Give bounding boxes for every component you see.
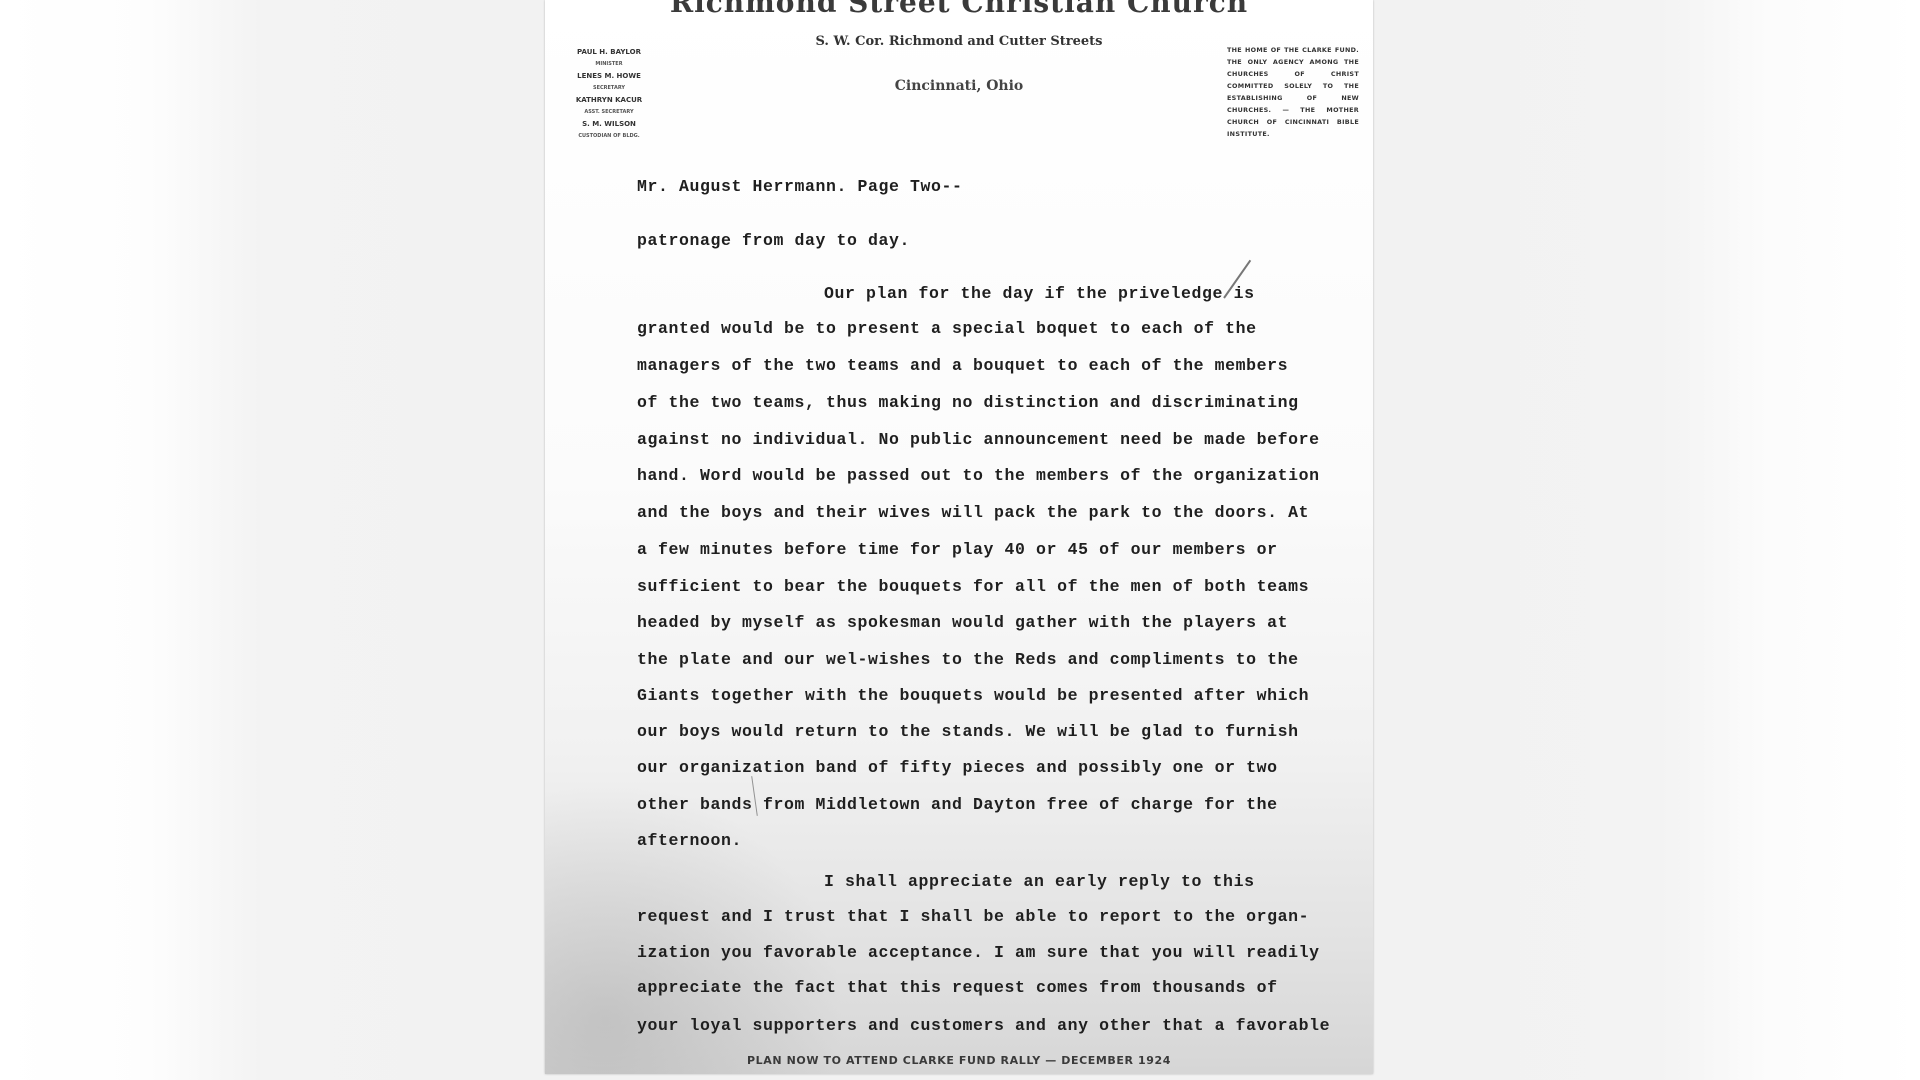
staff-role: Minister bbox=[559, 58, 659, 70]
text-line: other bands from Middletown and Dayton f… bbox=[637, 795, 1278, 815]
staff-list: Paul H. Baylor Minister Lenes M. Howe Se… bbox=[559, 46, 659, 142]
text-line: headed by myself as spokesman would gath… bbox=[637, 613, 1288, 633]
text-line: a few minutes before time for play 40 or… bbox=[637, 540, 1278, 560]
letterhead-footer: PLAN NOW TO ATTEND CLARKE FUND RALLY — D… bbox=[545, 1054, 1373, 1067]
church-name: Richmond Street Christian Church bbox=[545, 0, 1373, 19]
text-line: our boys would return to the stands. We … bbox=[637, 722, 1299, 742]
text-line: hand. Word would be passed out to the me… bbox=[637, 466, 1320, 486]
text-line: against no individual. No public announc… bbox=[637, 430, 1320, 450]
text-line: managers of the two teams and a bouquet … bbox=[637, 356, 1288, 376]
staff-name: Paul H. Baylor bbox=[559, 46, 659, 58]
text-line: your loyal supporters and customers and … bbox=[637, 1016, 1330, 1036]
text-line: granted would be to present a special bo… bbox=[637, 319, 1257, 339]
staff-role: Secretary bbox=[559, 82, 659, 94]
staff-name: Kathryn Kacur bbox=[559, 94, 659, 106]
text-line: and the boys and their wives will pack t… bbox=[637, 503, 1309, 523]
page-heading: Mr. August Herrmann. Page Two-- bbox=[637, 177, 963, 197]
text-line: the plate and our wel-wishes to the Reds… bbox=[637, 650, 1299, 670]
staff-name: S. M. Wilson bbox=[559, 118, 659, 130]
text-line: I shall appreciate an early reply to thi… bbox=[824, 872, 1255, 892]
church-motto: The Home of the Clarke Fund. The only Ag… bbox=[1227, 44, 1359, 140]
text-line: ization you favorable acceptance. I am s… bbox=[637, 943, 1320, 963]
text-line: request and I trust that I shall be able… bbox=[637, 907, 1309, 927]
staff-role: Custodian of Bldg. bbox=[559, 130, 659, 142]
text-line: sufficient to bear the bouquets for all … bbox=[637, 577, 1309, 597]
text-line: Our plan for the day if the priveledge i… bbox=[824, 284, 1255, 304]
text-line: patronage from day to day. bbox=[637, 231, 910, 251]
text-line: afternoon. bbox=[637, 831, 742, 851]
text-line: appreciate the fact that this request co… bbox=[637, 978, 1278, 998]
staff-name: Lenes M. Howe bbox=[559, 70, 659, 82]
text-line: our organization band of fifty pieces an… bbox=[637, 758, 1278, 778]
text-line: of the two teams, thus making no distinc… bbox=[637, 393, 1299, 413]
staff-role: Asst. Secretary bbox=[559, 106, 659, 118]
text-line: Giants together with the bouquets would … bbox=[637, 686, 1309, 706]
letter-page: Richmond Street Christian Church S. W. C… bbox=[545, 0, 1373, 1074]
